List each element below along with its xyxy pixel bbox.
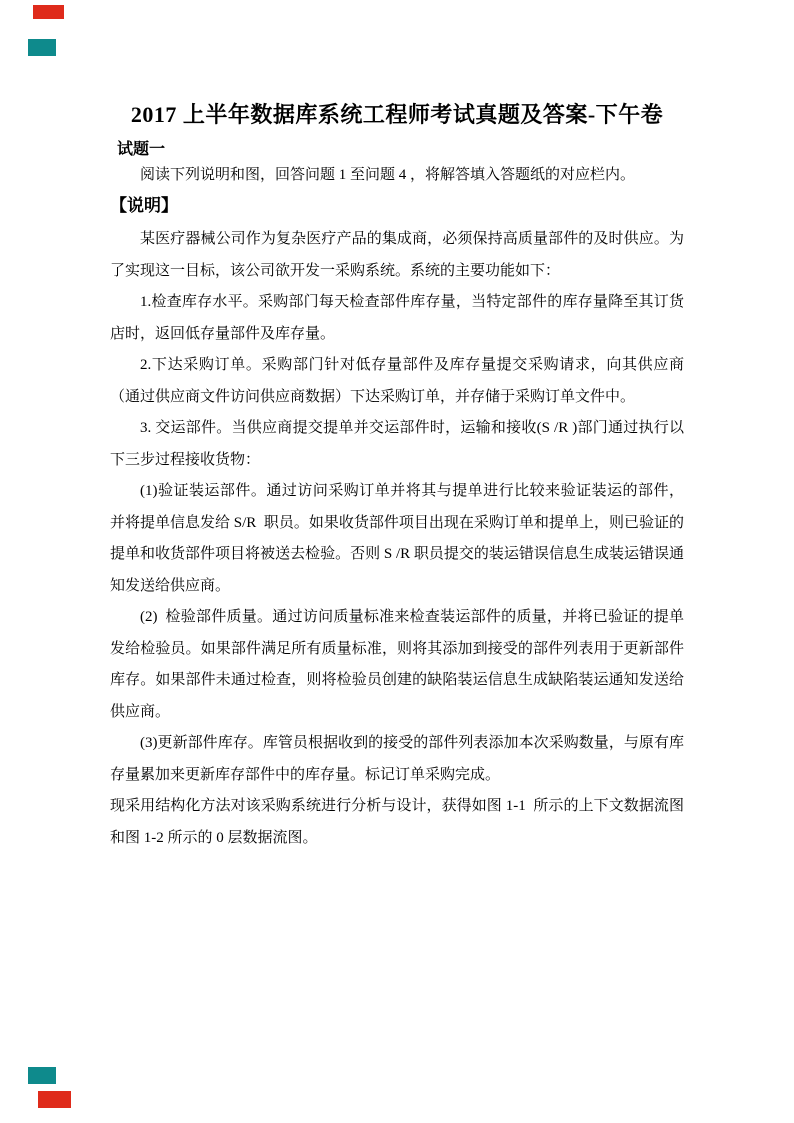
document-content: 2017 上半年数据库系统工程师考试真题及答案-下午卷 试题一 阅读下列说明和图… [110, 0, 684, 1123]
body-paragraph: 2.下达采购订单。采购部门针对低存量部件及库存量提交采购请求，向其供应商（通过供… [110, 350, 684, 413]
stamp-teal-bottom [28, 1067, 56, 1084]
body-paragraph: (2) 检验部件质量。通过访问质量标准来检查装运部件的质量，并将已验证的提单发给… [110, 602, 684, 728]
body-paragraphs: 某医疗器械公司作为复杂医疗产品的集成商，必须保持高质量部件的及时供应。为了实现这… [110, 224, 684, 854]
body-paragraph: 某医疗器械公司作为复杂医疗产品的集成商，必须保持高质量部件的及时供应。为了实现这… [110, 224, 684, 287]
description-heading: 【说明】 [110, 194, 178, 217]
section-heading: 试题一 [117, 139, 165, 160]
body-paragraph: 3. 交运部件。当供应商提交提单并交运部件时，运输和接收(S /R )部门通过执… [110, 413, 684, 476]
body-paragraph: (1)验证装运部件。通过访问采购订单并将其与提单进行比较来验证装运的部件， 并将… [110, 476, 684, 602]
intro-paragraph: 阅读下列说明和图，回答问题 1 至问题 4 ，将解答填入答题纸的对应栏内。 [110, 160, 684, 191]
page-title: 2017 上半年数据库系统工程师考试真题及答案-下午卷 [110, 100, 684, 130]
body-paragraph: 1.检查库存水平。采购部门每天检查部件库存量，当特定部件的库存量降至其订货店时，… [110, 287, 684, 350]
stamp-red-top [33, 5, 64, 19]
document-page: 2017 上半年数据库系统工程师考试真题及答案-下午卷 试题一 阅读下列说明和图… [0, 0, 794, 1123]
stamp-teal-top [28, 39, 56, 56]
body-paragraph: (3)更新部件库存。库管员根据收到的接受的部件列表添加本次采购数量，与原有库存量… [110, 728, 684, 791]
body-paragraph: 现采用结构化方法对该采购系统进行分析与设计，获得如图 1-1 所示的上下文数据流… [110, 791, 684, 854]
stamp-red-bottom [38, 1091, 71, 1108]
